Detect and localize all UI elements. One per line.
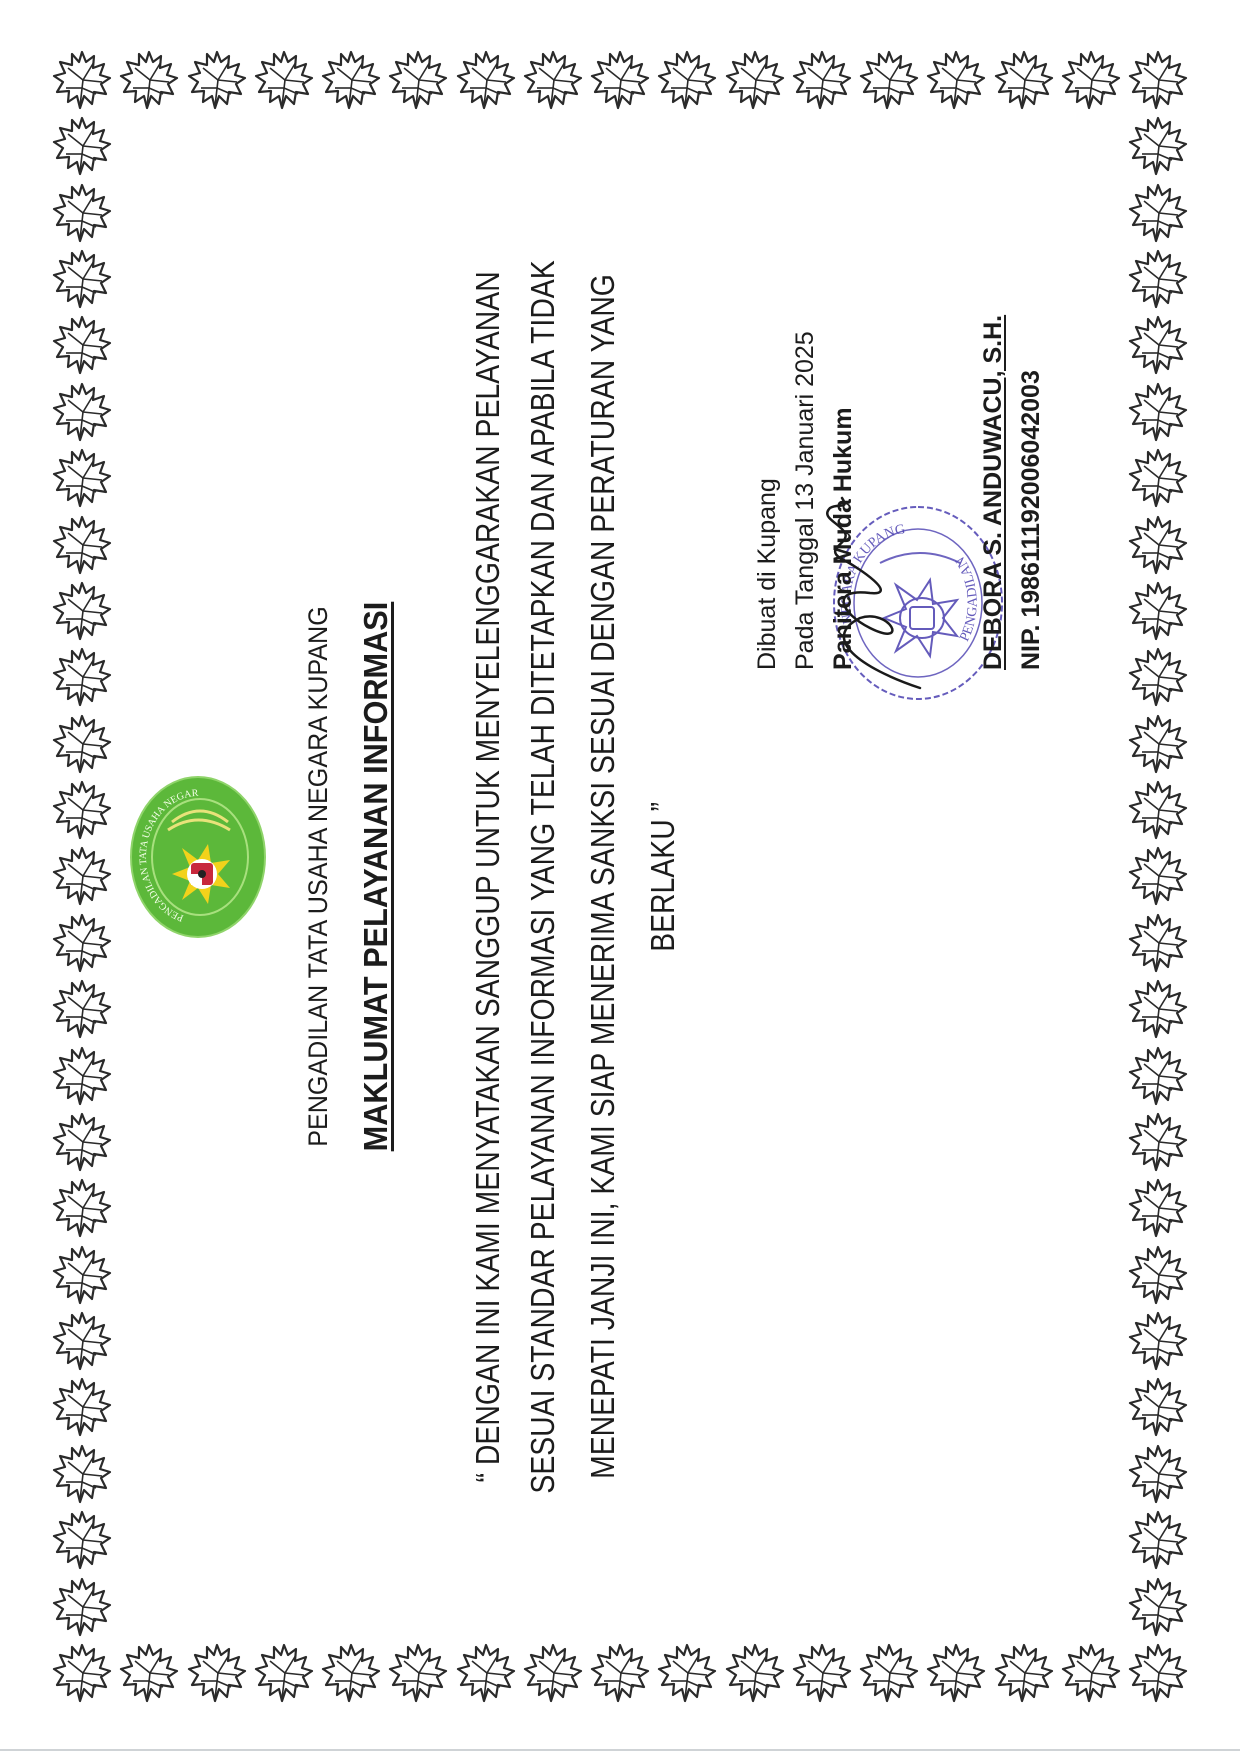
court-emblem-icon: PENGADILAN TATA USAHA NEGARA KUPANG [128, 774, 268, 940]
maple-leaf-icon [1126, 114, 1190, 178]
statement-line-text: “ DENGAN INI KAMI MENYATAKAN SANGGUP UNT… [469, 271, 507, 1482]
maple-leaf-icon [50, 1044, 114, 1108]
maple-leaf-icon [1126, 446, 1190, 510]
maple-leaf-icon [1126, 778, 1190, 842]
statement-line-text: BERLAKU ” [644, 802, 682, 952]
maple-leaf-icon [1126, 1044, 1190, 1108]
maple-leaf-icon [992, 48, 1056, 112]
maple-leaf-icon [790, 48, 854, 112]
maple-leaf-icon [117, 1641, 181, 1705]
maple-leaf-icon [1126, 380, 1190, 444]
maple-leaf-icon [50, 114, 114, 178]
maple-leaf-icon [1126, 579, 1190, 643]
signer-nip: NIP. 198611192006042003 [1012, 315, 1050, 670]
maple-leaf-icon [50, 247, 114, 311]
maple-leaf-icon [50, 579, 114, 643]
maple-leaf-icon [1126, 181, 1190, 245]
maple-leaf-icon [50, 380, 114, 444]
maple-leaf-icon [1126, 1376, 1190, 1440]
maple-leaf-icon [386, 48, 450, 112]
maple-leaf-icon [924, 48, 988, 112]
statement-line-text: MENEPATI JANJI INI, KAMI SIAP MENERIMA S… [584, 274, 622, 1479]
maple-leaf-icon [386, 1641, 450, 1705]
maple-leaf-icon [50, 314, 114, 378]
issued-place: Dibuat di Kupang [748, 315, 786, 670]
maple-leaf-icon [857, 1641, 921, 1705]
maple-leaf-icon [1126, 48, 1190, 112]
maple-leaf-icon [185, 48, 249, 112]
signature-block: Dibuat di Kupang Pada Tanggal 13 Januari… [748, 315, 1050, 670]
maple-leaf-icon [50, 1176, 114, 1240]
document-title: MAKLUMAT PELAYANAN INFORMASI [357, 0, 395, 1753]
maple-leaf-icon [992, 1641, 1056, 1705]
maple-leaf-icon [50, 977, 114, 1041]
maple-leaf-icon [50, 1641, 114, 1705]
maple-leaf-icon [1126, 1110, 1190, 1174]
maple-leaf-icon [1126, 911, 1190, 975]
maple-leaf-icon [50, 1110, 114, 1174]
maple-leaf-icon [1126, 1641, 1190, 1705]
signature-space [862, 315, 974, 670]
maple-leaf-icon [50, 181, 114, 245]
signer-name: DEBORA S. ANDUWACU, S.H. [974, 315, 1012, 670]
maple-leaf-icon [50, 1376, 114, 1440]
maple-leaf-icon [1126, 1243, 1190, 1307]
maple-leaf-icon [1126, 513, 1190, 577]
maple-leaf-icon [1126, 712, 1190, 776]
maple-leaf-icon [50, 48, 114, 112]
maple-leaf-icon [50, 1309, 114, 1373]
maple-leaf-icon [924, 1641, 988, 1705]
maple-leaf-icon [723, 48, 787, 112]
statement-line: SESUAI STANDAR PELAYANAN INFORMASI YANG … [524, 0, 562, 1753]
document-title-text: MAKLUMAT PELAYANAN INFORMASI [357, 602, 395, 1152]
maple-leaf-icon [50, 1442, 114, 1506]
maple-leaf-icon [185, 1641, 249, 1705]
maple-leaf-icon [1059, 1641, 1123, 1705]
maple-leaf-icon [1059, 48, 1123, 112]
certificate-page: PENGADILAN TATA USAHA NEGARA KUPANG PENG… [0, 0, 1240, 1753]
maple-leaf-icon [50, 1508, 114, 1572]
court-name: PENGADILAN TATA USAHA NEGARA KUPANG [303, 61, 334, 1691]
statement-line-text: SESUAI STANDAR PELAYANAN INFORMASI YANG … [524, 260, 562, 1493]
maple-leaf-icon [50, 778, 114, 842]
maple-leaf-icon [1126, 247, 1190, 311]
maple-leaf-icon [117, 48, 181, 112]
signer-position: Panitera Muda Hukum [824, 315, 862, 670]
maple-leaf-icon [1126, 645, 1190, 709]
maple-leaf-icon [723, 1641, 787, 1705]
statement-line: “ DENGAN INI KAMI MENYATAKAN SANGGUP UNT… [469, 0, 507, 1753]
maple-leaf-icon [1126, 1309, 1190, 1373]
maple-leaf-icon [50, 712, 114, 776]
maple-leaf-icon [50, 1243, 114, 1307]
maple-leaf-icon [1126, 314, 1190, 378]
maple-leaf-icon [790, 1641, 854, 1705]
maple-leaf-icon [1126, 1575, 1190, 1639]
maple-leaf-icon [1126, 1442, 1190, 1506]
maple-leaf-icon [50, 845, 114, 909]
maple-leaf-icon [50, 1575, 114, 1639]
maple-leaf-icon [50, 645, 114, 709]
maple-leaf-icon [1126, 845, 1190, 909]
maple-leaf-icon [50, 513, 114, 577]
maple-leaf-icon [1126, 1508, 1190, 1572]
maple-leaf-icon [1126, 1176, 1190, 1240]
statement-line: MENEPATI JANJI INI, KAMI SIAP MENERIMA S… [584, 0, 622, 1753]
issued-date: Pada Tanggal 13 Januari 2025 [786, 315, 824, 670]
maple-leaf-icon [857, 48, 921, 112]
statement-line: BERLAKU ” [644, 0, 682, 1753]
maple-leaf-icon [1126, 977, 1190, 1041]
maple-leaf-icon [50, 911, 114, 975]
maple-leaf-icon [50, 446, 114, 510]
